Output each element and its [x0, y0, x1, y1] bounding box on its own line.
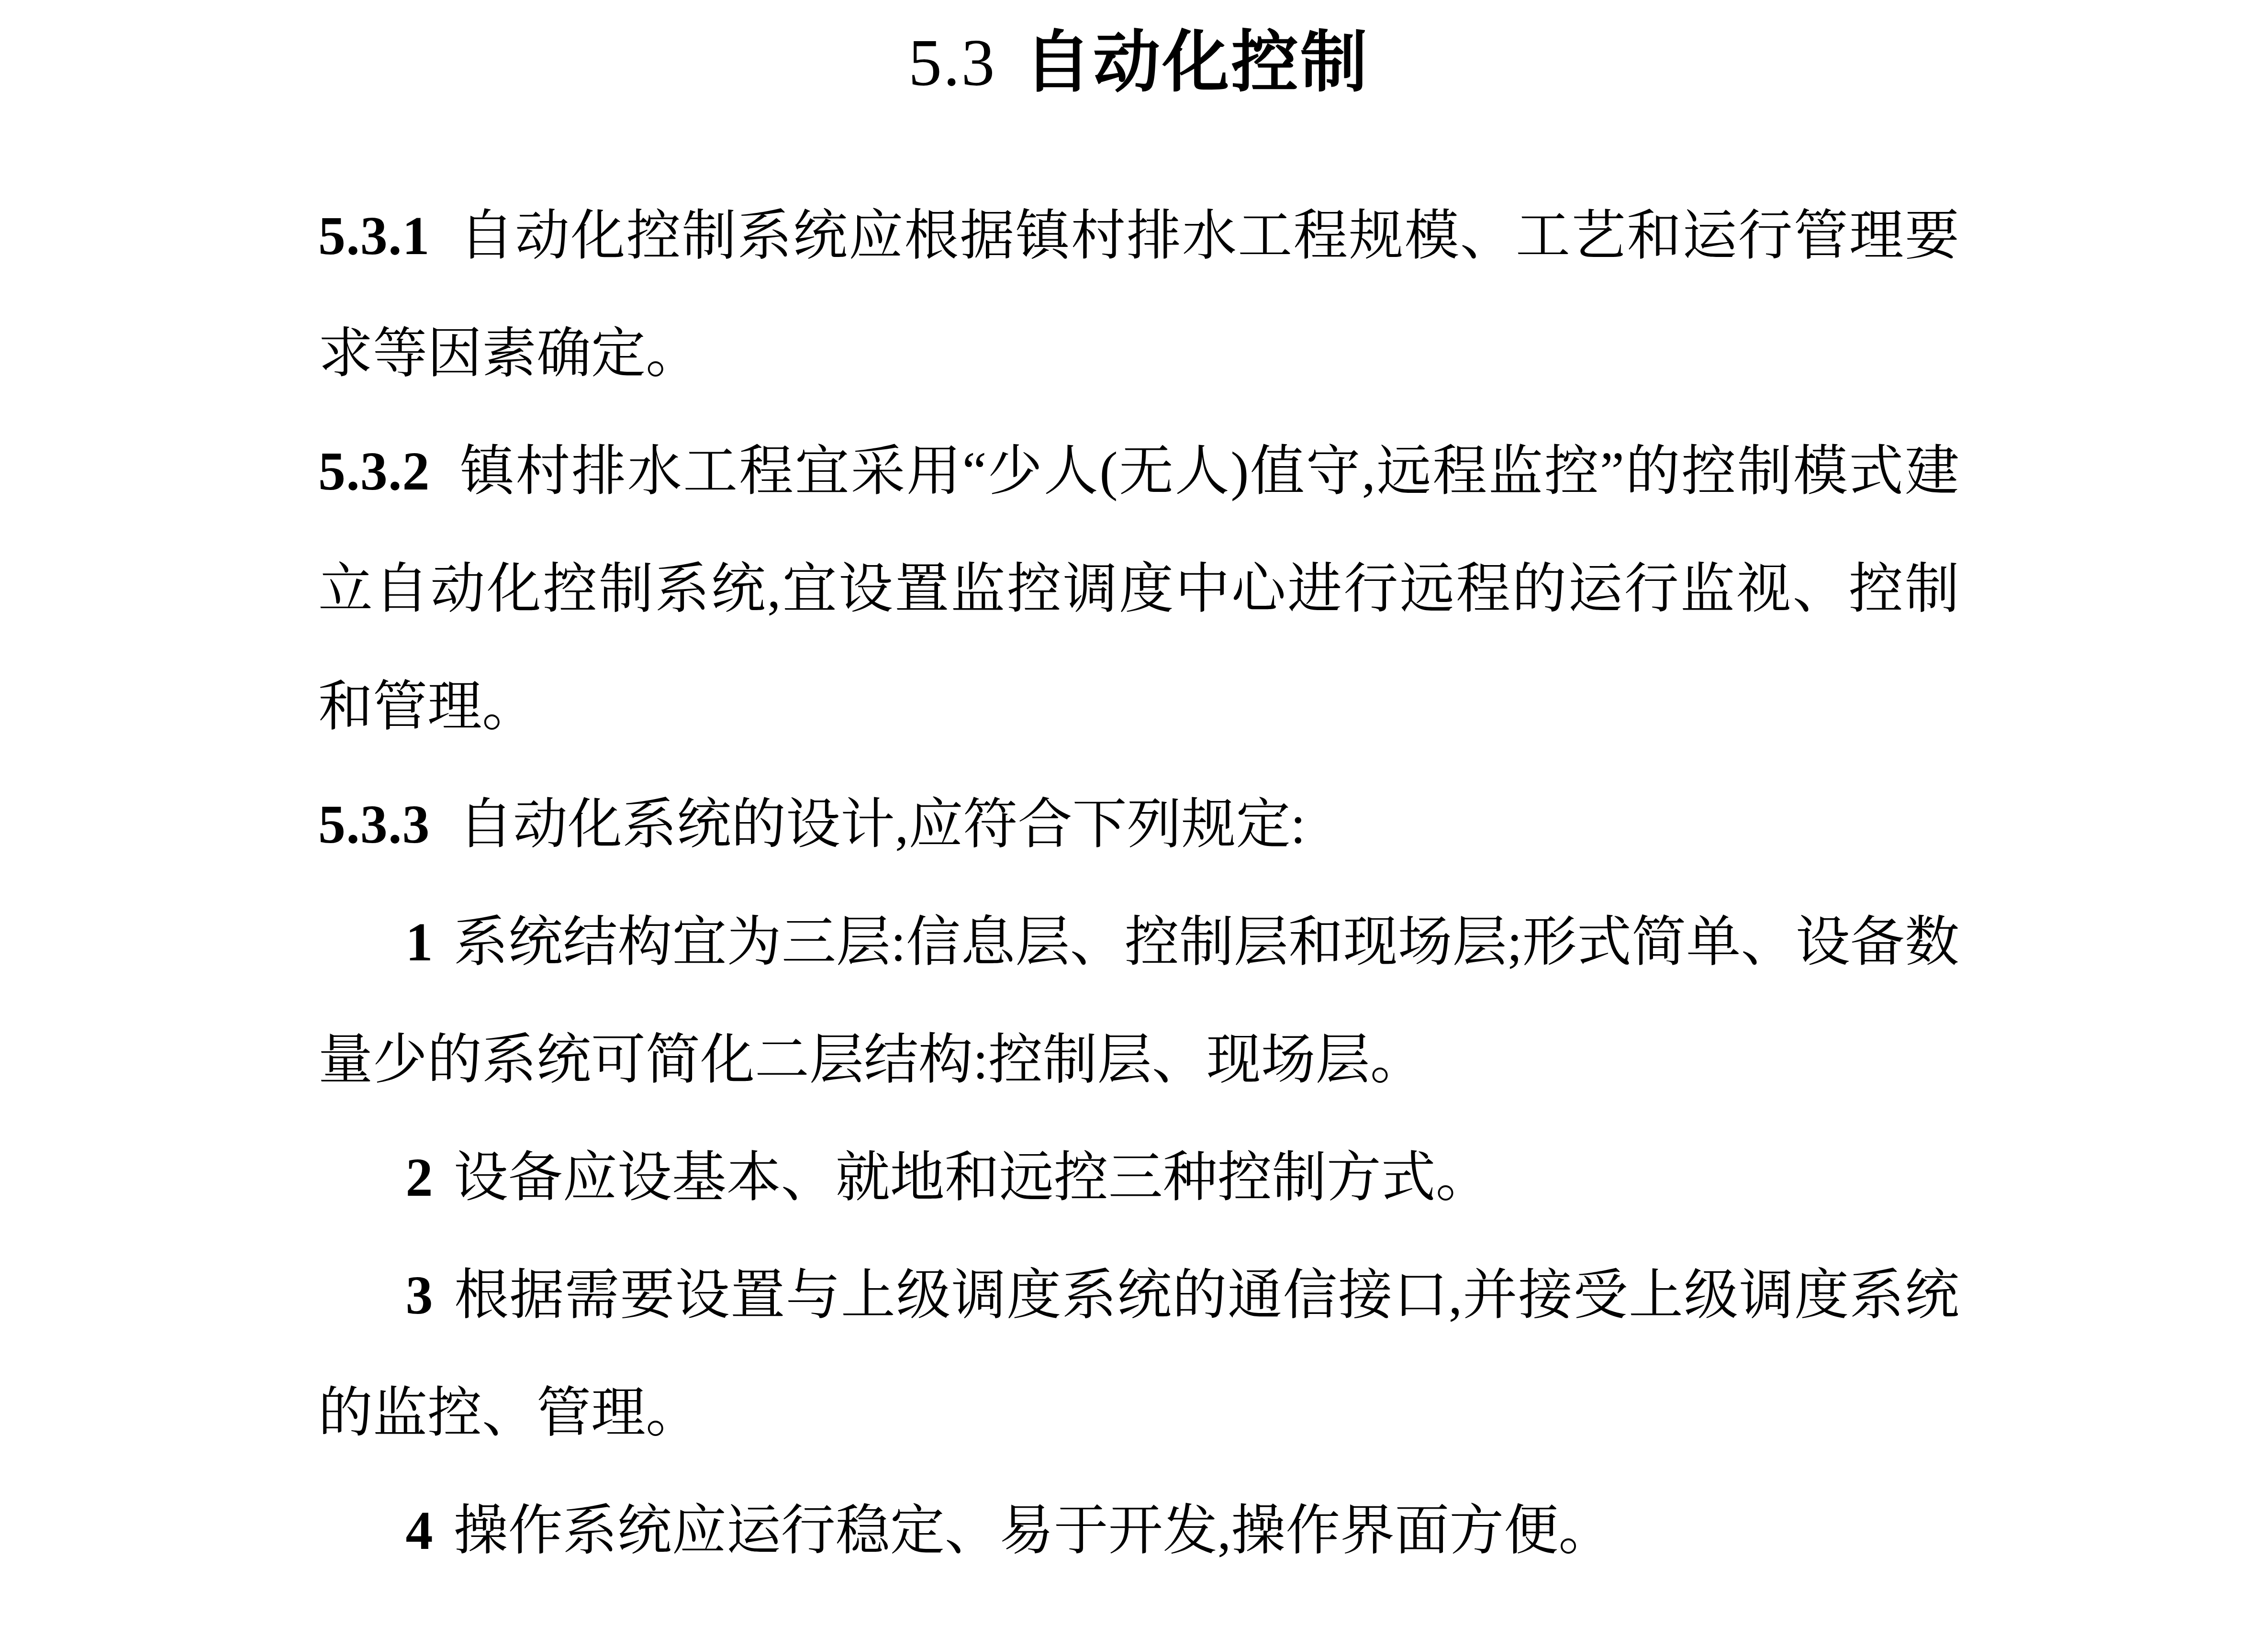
item-text: 根据需要设置与上级调度系统的通信接口,并接受上级调度系统的监控、管理。 [318, 1265, 1959, 1443]
document-page: 5.3自动化控制 5.3.1自动化控制系统应根据镇村排水工程规模、工艺和运行管理… [0, 0, 2268, 1647]
item-text: 操作系统应运行稳定、易于开发,操作界面方便。 [454, 1500, 1613, 1561]
clause-number: 5.3.2 [318, 441, 430, 501]
item-number: 3 [405, 1265, 433, 1325]
clause-5-3-3: 5.3.3自动化系统的设计,应符合下列规定: [318, 766, 1959, 883]
clause-number: 5.3.3 [318, 794, 430, 855]
clause-5-3-3-item-4: 4操作系统应运行稳定、易于开发,操作界面方便。 [318, 1472, 1959, 1590]
clause-5-3-1: 5.3.1自动化控制系统应根据镇村排水工程规模、工艺和运行管理要求等因素确定。 [318, 177, 1959, 412]
clause-text: 自动化控制系统应根据镇村排水工程规模、工艺和运行管理要求等因素确定。 [318, 205, 1959, 384]
clause-text: 镇村排水工程宜采用“少人(无人)值守,远程监控”的控制模式建立自动化控制系统,宜… [318, 441, 1959, 737]
item-text: 设备应设基本、就地和远控三种控制方式。 [454, 1147, 1490, 1208]
clause-5-3-2: 5.3.2镇村排水工程宜采用“少人(无人)值守,远程监控”的控制模式建立自动化控… [318, 412, 1959, 766]
clause-5-3-3-item-2: 2设备应设基本、就地和远控三种控制方式。 [318, 1119, 1959, 1236]
document-background: { "page": { "background_color": "#ffffff… [0, 0, 2268, 1647]
item-number: 4 [405, 1500, 433, 1561]
item-text: 系统结构宜为三层:信息层、控制层和现场层;形式简单、设备数量少的系统可简化二层结… [318, 912, 1959, 1090]
clause-number: 5.3.1 [318, 205, 430, 266]
section-number: 5.3 [908, 26, 996, 100]
section-title-label: 自动化控制 [1024, 24, 1369, 100]
item-number: 1 [405, 912, 433, 972]
item-number: 2 [405, 1147, 433, 1208]
section-title: 5.3自动化控制 [318, 22, 1959, 103]
clause-text: 自动化系统的设计,应符合下列规定: [458, 794, 1306, 855]
clause-5-3-3-item-3: 3根据需要设置与上级调度系统的通信接口,并接受上级调度系统的监控、管理。 [318, 1236, 1959, 1472]
clause-5-3-3-item-1: 1系统结构宜为三层:信息层、控制层和现场层;形式简单、设备数量少的系统可简化二层… [318, 883, 1959, 1119]
